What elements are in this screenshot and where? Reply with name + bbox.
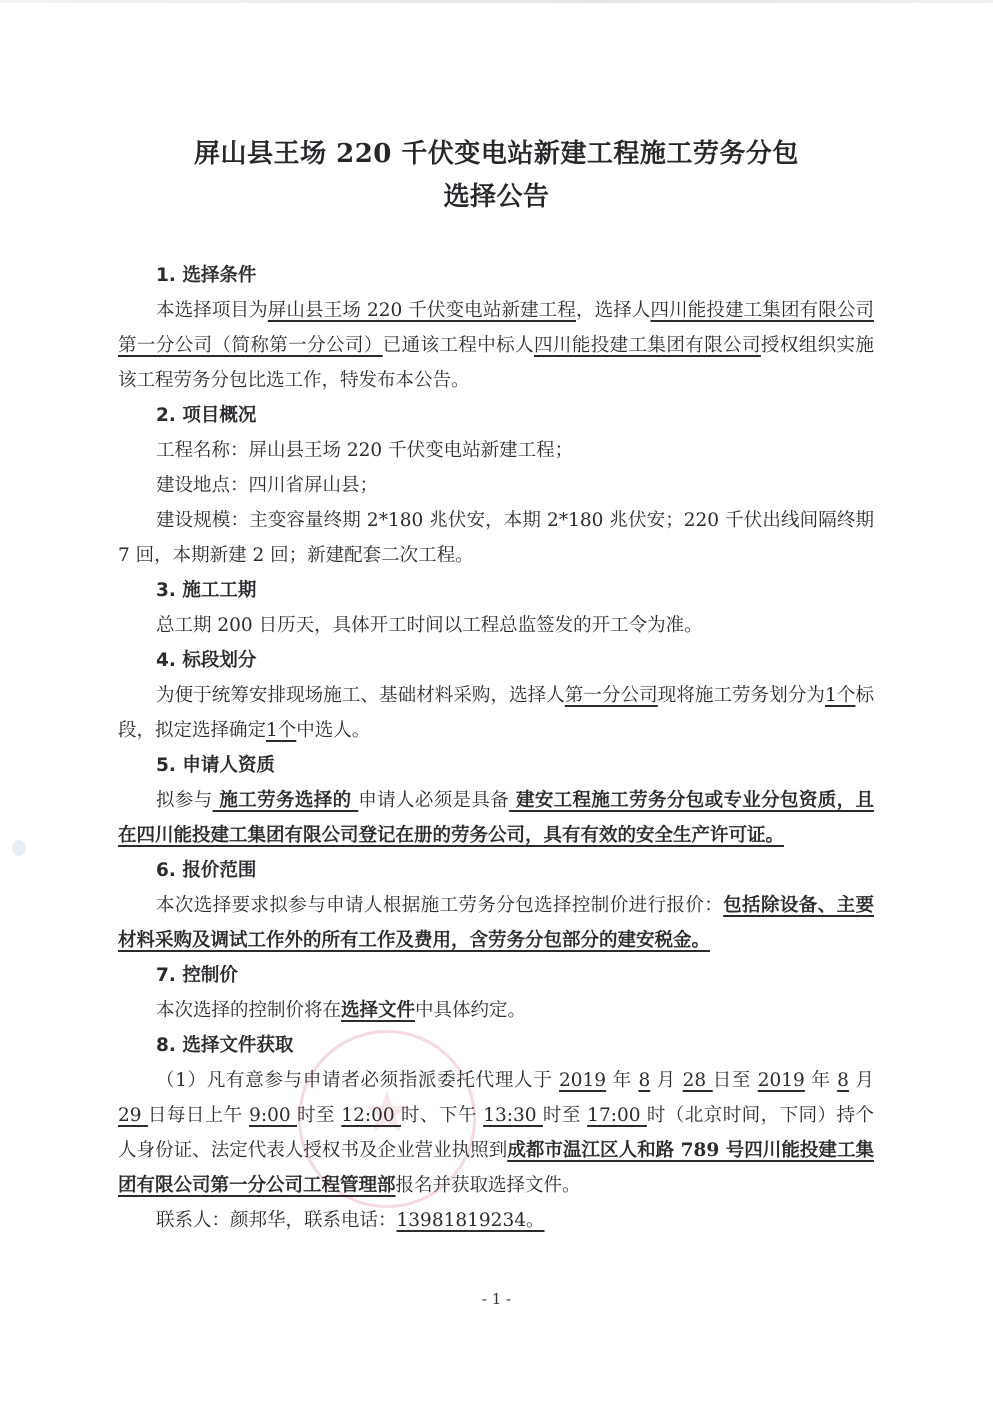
section-heading: 4. 标段划分 [118, 643, 874, 678]
underlined-text: 29 [118, 1105, 148, 1126]
section-heading: 7. 控制价 [118, 958, 874, 993]
text-segment: 时至 [297, 1105, 341, 1126]
text-segment: 年 [606, 1070, 638, 1091]
text-segment: 本次选择要求拟参与申请人根据施工劳务分包选择控制价进行报价： [156, 895, 723, 916]
section-paragraph: 本选择项目为屏山县王场 220 千伏变电站新建工程，选择人四川能投建工集团有限公… [118, 293, 874, 398]
underlined-text: 8 [638, 1070, 650, 1091]
underlined-text: 13:30 [483, 1105, 543, 1126]
text-segment: 年 [805, 1070, 837, 1091]
text-segment: 本次选择的控制价将在 [156, 1000, 341, 1021]
text-segment: 月 [849, 1070, 874, 1091]
underlined-text: 13981819234。 [397, 1210, 545, 1231]
text-segment: 工程名称：屏山县王场 220 千伏变电站新建工程； [156, 440, 573, 461]
text-segment: 拟参与 [156, 790, 213, 811]
section-paragraph: 为便于统筹安排现场施工、基础材料采购，选择人第一分公司现将施工劳务划分为1个标段… [118, 678, 874, 748]
section-paragraph: 本次选择的控制价将在选择文件中具体约定。 [118, 993, 874, 1028]
section-paragraph: 联系人：颜邦华，联系电话：13981819234。 [118, 1203, 874, 1238]
scan-edge-artifact [0, 0, 993, 3]
text-segment: 建设地点：四川省屏山县； [156, 475, 378, 496]
underlined-text: 施工劳务选择的 [213, 790, 359, 811]
text-segment: 本选择项目为 [156, 300, 268, 321]
text-segment: 已通该工程中标人 [383, 335, 534, 356]
text-segment: 日每日上午 [148, 1105, 249, 1126]
section-heading: 5. 申请人资质 [118, 748, 874, 783]
underlined-text: 28 [683, 1070, 713, 1091]
page-number: - 1 - [0, 1290, 993, 1308]
document-title: 屏山县王场 220 千伏变电站新建工程施工劳务分包 [0, 133, 993, 170]
section-paragraph: 工程名称：屏山县王场 220 千伏变电站新建工程； [118, 433, 874, 468]
section-heading: 3. 施工工期 [118, 573, 874, 608]
text-segment: 申请人必须是具备 [358, 790, 509, 811]
text-segment: 现将施工劳务划分为 [658, 685, 825, 706]
section-paragraph: 建设地点：四川省屏山县； [118, 468, 874, 503]
text-segment: ，选择人 [576, 300, 651, 321]
section-paragraph: 建设规模：主变容量终期 2*180 兆伏安，本期 2*180 兆伏安；220 千… [118, 503, 874, 573]
underlined-text: 屏山县王场 220 千伏变电站新建工程 [268, 300, 576, 321]
text-segment: 建设规模：主变容量终期 2*180 兆伏安，本期 2*180 兆伏安；220 千… [118, 510, 874, 566]
section-paragraph: 本次选择要求拟参与申请人根据施工劳务分包选择控制价进行报价：包括除设备、主要材料… [118, 888, 874, 958]
section-heading: 6. 报价范围 [118, 853, 874, 888]
text-segment: 报名并获取选择文件。 [396, 1175, 581, 1196]
underlined-text: 9:00 [249, 1105, 297, 1126]
underlined-text: 8 [837, 1070, 849, 1091]
section-heading: 2. 项目概况 [118, 398, 874, 433]
underlined-text: 12:00 [341, 1105, 401, 1126]
text-segment: 时、下午 [401, 1105, 483, 1126]
section-heading: 8. 选择文件获取 [118, 1028, 874, 1063]
text-segment: 联系人：颜邦华，联系电话： [156, 1210, 397, 1231]
document-subtitle: 选择公告 [0, 176, 993, 213]
text-segment: （1）凡有意参与申请者必须指派委托代理人于 [156, 1070, 559, 1091]
underlined-text: 四川能投建工集团有限公司 [534, 335, 761, 356]
underlined-text: 17:00 [587, 1105, 647, 1126]
underlined-text: 1个 [825, 685, 855, 706]
underlined-text: 1个 [266, 720, 296, 741]
scan-smudge [12, 840, 26, 856]
underlined-text: 选择文件 [341, 1000, 415, 1021]
text-segment: 中选人。 [296, 720, 370, 741]
underlined-text: 2019 [559, 1070, 606, 1091]
section-heading: 1. 选择条件 [118, 258, 874, 293]
section-paragraph: （1）凡有意参与申请者必须指派委托代理人于 2019 年 8 月 28 日至 2… [118, 1063, 874, 1203]
section-paragraph: 拟参与 施工劳务选择的 申请人必须是具备 建安工程施工劳务分包或专业分包资质，且… [118, 783, 874, 853]
section-paragraph: 总工期 200 日历天，具体开工时间以工程总监签发的开工令为准。 [118, 608, 874, 643]
text-segment: 中具体约定。 [415, 1000, 526, 1021]
underlined-text: 2019 [758, 1070, 805, 1091]
text-segment: 为便于统筹安排现场施工、基础材料采购，选择人 [156, 685, 565, 706]
document-body: 1. 选择条件本选择项目为屏山县王场 220 千伏变电站新建工程，选择人四川能投… [118, 258, 874, 1238]
text-segment: 月 [650, 1070, 682, 1091]
text-segment: 总工期 200 日历天，具体开工时间以工程总监签发的开工令为准。 [156, 615, 703, 636]
text-segment: 日至 [713, 1070, 758, 1091]
underlined-text: 第一分公司 [565, 685, 658, 706]
text-segment: 时至 [543, 1105, 587, 1126]
